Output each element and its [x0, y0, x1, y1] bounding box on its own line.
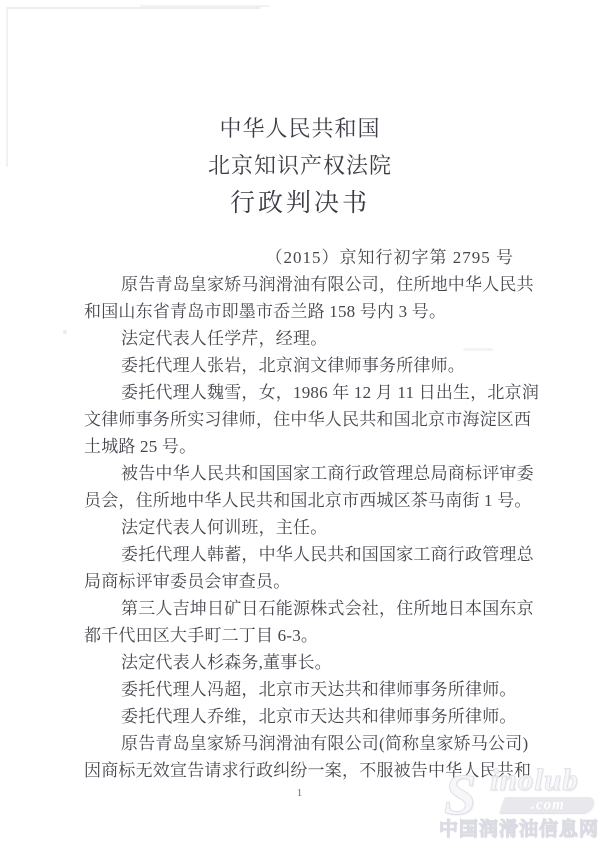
body-line: 和国山东省青岛市即墨市岙兰路 158 号内 3 号。 [84, 298, 514, 325]
body-line: 原告青岛皇家矫马润滑油有限公司，住所地中华人民共 [84, 271, 514, 298]
court-name: 北京知识产权法院 [0, 147, 600, 184]
scan-edge-artifact [140, 5, 270, 7]
body-line: 法定代表人任学芹，经理。 [84, 325, 514, 352]
body-line: 土城路 25 号。 [84, 433, 514, 460]
body-line: 法定代表人杉森务,董事长。 [84, 649, 514, 676]
sinolub-watermark: S inolub .com 中国润滑油信息网 [438, 764, 600, 844]
body-line: 被告中华人民共和国国家工商行政管理总局商标评审委 [84, 460, 514, 487]
sinolub-site-name: 中国润滑油信息网 [438, 818, 600, 842]
body-line: 原告青岛皇家矫马润滑油有限公司(简称皇家矫马公司) [84, 730, 514, 757]
country-name: 中华人民共和国 [0, 110, 600, 147]
body-line: 第三人吉坤日矿日石能源株式会社，住所地日本国东京 [84, 595, 514, 622]
sinolub-logo-text: inolub [490, 764, 579, 795]
body-line: 局商标评审委员会审查员。 [84, 568, 514, 595]
body-line: 委托代理人韩蓄，中华人民共和国国家工商行政管理总 [84, 541, 514, 568]
body-line: 委托代理人冯超，北京市天达共和律师事务所律师。 [84, 676, 514, 703]
scanned-judgment-page: 中华人民共和国 北京知识产权法院 行政判决书 （2015）京知行初字第 2795… [0, 0, 600, 848]
scan-smudge [63, 330, 67, 334]
case-number: （2015）京知行初字第 2795 号 [84, 244, 514, 271]
sinolub-logo-s-icon: S [444, 766, 476, 824]
document-body: （2015）京知行初字第 2795 号 原告青岛皇家矫马润滑油有限公司，住所地中… [84, 244, 514, 784]
body-line: 都千代田区大手町二丁目 6-3。 [84, 622, 514, 649]
body-line: 委托代理人张岩，北京润文律师事务所律师。 [84, 352, 514, 379]
body-line: 法定代表人何训班，主任。 [84, 514, 514, 541]
body-line: 员会，住所地中华人民共和国北京市西城区茶马南街 1 号。 [84, 487, 514, 514]
sinolub-logo-com: .com [502, 797, 594, 813]
document-header: 中华人民共和国 北京知识产权法院 行政判决书 [0, 110, 600, 224]
scan-edge-artifact [6, 7, 261, 9]
body-line: 文律师事务所实习律师，住中华人民共和国北京市海淀区西 [84, 406, 514, 433]
body-line: 委托代理人魏雪，女，1986 年 12 月 11 日出生，北京润 [84, 379, 514, 406]
document-type-title: 行政判决书 [0, 184, 600, 224]
body-line: 委托代理人乔维，北京市天达共和律师事务所律师。 [84, 703, 514, 730]
